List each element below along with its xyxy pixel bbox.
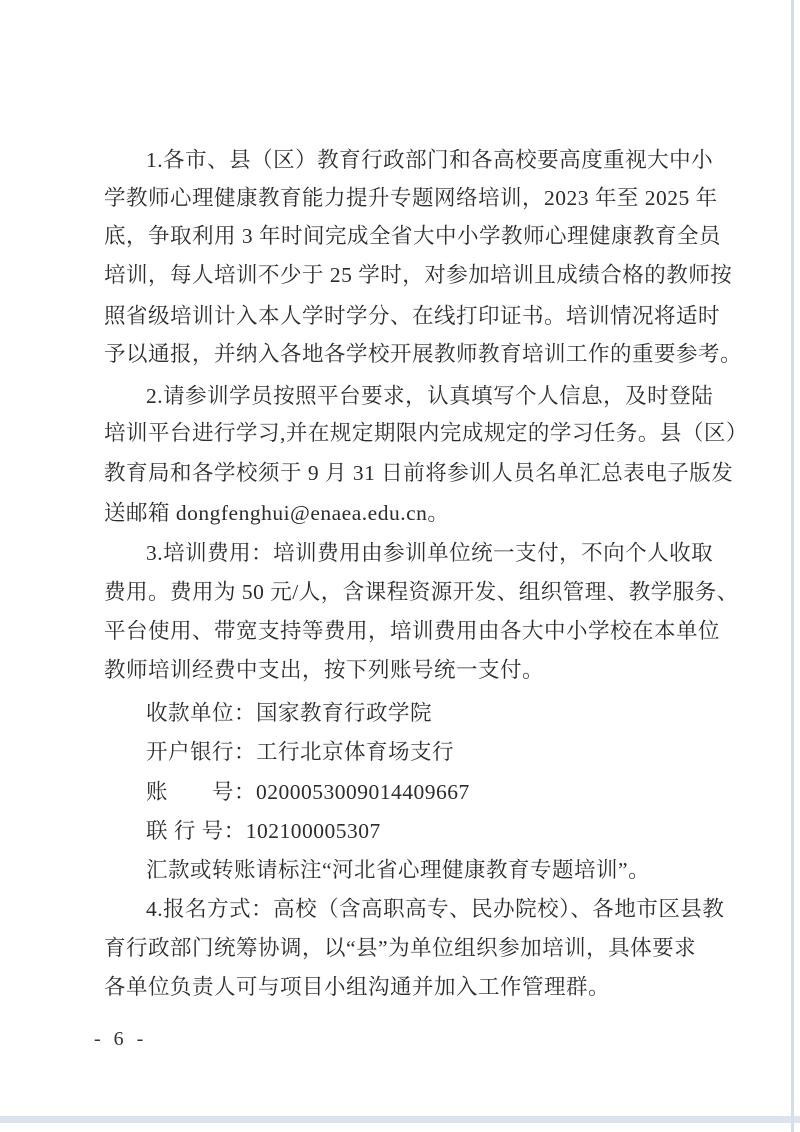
bank-code-line: 联 行 号：102100005307: [146, 818, 381, 845]
account-number-line: 账 号：0200053009014409667: [146, 779, 470, 806]
document-line: 4.报名方式：高校（含高职高专、民办院校）、各地市区县教: [146, 896, 724, 923]
document-line: 照省级培训计入本人学时学分、在线打印证书。培训情况将适时: [104, 303, 720, 330]
document-line: 底，争取利用 3 年时间完成全省大中小学教师心理健康教育全员: [104, 223, 721, 250]
document-line-email: 送邮箱 dongfenghui@enaea.edu.cn。: [104, 500, 449, 527]
document-line: 学教师心理健康教育能力提升专题网络培训，2023 年至 2025 年: [104, 185, 718, 212]
document-line: 育行政部门统筹协调，以“县”为单位组织参加培训，具体要求: [104, 935, 696, 962]
document-line: 予以通报，并纳入各地各学校开展教师教育培训工作的重要参考。: [104, 341, 742, 368]
page-number: - 6 -: [94, 1028, 147, 1051]
document-line: 3.培训费用：培训费用由参训单位统一支付，不向个人收取: [146, 540, 713, 567]
scan-edge-bottom: [0, 1116, 800, 1123]
document-line: 培训平台进行学习,并在规定期限内完成规定的学习任务。县（区）: [104, 420, 748, 447]
document-line: 教育局和各学校须于 9 月 31 日前将参训人员名单汇总表电子版发: [104, 460, 733, 487]
document-line: 教师培训经费中支出，按下列账号统一支付。: [104, 657, 544, 684]
scanned-document-page: 1.各市、县（区）教育行政部门和各高校要高度重视大中小 学教师心理健康教育能力提…: [0, 0, 800, 1132]
document-line: 培训，每人培训不少于 25 学时，对参加培训且成绩合格的教师按: [104, 262, 732, 289]
document-line: 平台使用、带宽支持等费用，培训费用由各大中小学校在本单位: [104, 618, 720, 645]
document-body: 1.各市、县（区）教育行政部门和各高校要高度重视大中小 学教师心理健康教育能力提…: [0, 0, 800, 1132]
document-line: 1.各市、县（区）教育行政部门和各高校要高度重视大中小: [146, 147, 713, 174]
payee-line: 收款单位：国家教育行政学院: [146, 700, 432, 727]
document-line: 各单位负责人可与项目小组沟通并加入工作管理群。: [104, 974, 610, 1001]
remittance-note-line: 汇款或转账请标注“河北省心理健康教育专题培训”。: [146, 857, 650, 884]
bank-line: 开户银行：工行北京体育场支行: [146, 739, 454, 766]
document-line: 2.请参训学员按照平台要求，认真填写个人信息，及时登陆: [146, 383, 713, 410]
scan-edge-right: [791, 0, 794, 1132]
document-line: 费用。费用为 50 元/人，含课程资源开发、组织管理、教学服务、: [104, 579, 739, 606]
